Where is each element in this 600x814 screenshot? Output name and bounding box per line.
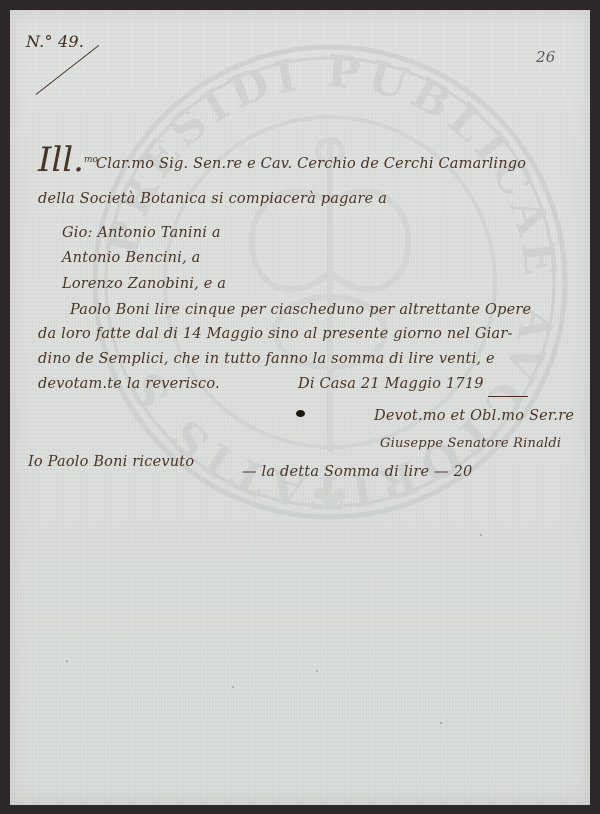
- body-line-1: Clar.mo Sig. Sen.re e Cav. Cerchio de Ce…: [96, 156, 526, 172]
- dateline: Di Casa 21 Maggio 1719: [298, 376, 484, 392]
- manuscript-page: PRESIDI PUBLICAE AVCTORITATIS S N.° 49. …: [10, 10, 590, 805]
- signature: Giuseppe Senatore Rinaldi: [380, 436, 561, 451]
- paper-speck: [440, 722, 442, 724]
- paper-speck: [480, 534, 482, 536]
- body-line-9: devotam.te la reverisco.: [38, 376, 220, 392]
- body-line-7: da loro fatte dal di 14 Maggio sino al p…: [38, 326, 513, 342]
- salutation-initials-text: Ill.: [38, 140, 84, 180]
- body-line-8: dino de Semplici, che in tutto fanno la …: [38, 351, 495, 367]
- paper-speck: [316, 670, 318, 672]
- body-line-5: Lorenzo Zanobini, e a: [62, 276, 226, 292]
- body-line-3: Gio: Antonio Tanini a: [62, 225, 221, 241]
- closing-devotion: Devot.mo et Obl.mo Ser.re: [374, 408, 574, 424]
- folio-number: 26: [536, 48, 556, 66]
- body-line-6: Paolo Boni lire cinque per ciascheduno p…: [70, 302, 531, 318]
- receipt-right: — la detta Somma di lire — 20: [242, 464, 472, 480]
- paper-speck: [66, 660, 68, 662]
- receipt-left: Io Paolo Boni ricevuto: [28, 454, 194, 470]
- body-line-4: Antonio Bencini, a: [62, 250, 200, 266]
- body-line-2: della Società Botanica si compiacerà pag…: [38, 191, 387, 207]
- year-underline: [488, 396, 528, 397]
- salutation-initials: Ill.mo: [38, 140, 98, 180]
- ink-blot: [296, 410, 305, 417]
- paper-speck: [232, 686, 234, 688]
- reference-number: N.° 49.: [26, 32, 84, 51]
